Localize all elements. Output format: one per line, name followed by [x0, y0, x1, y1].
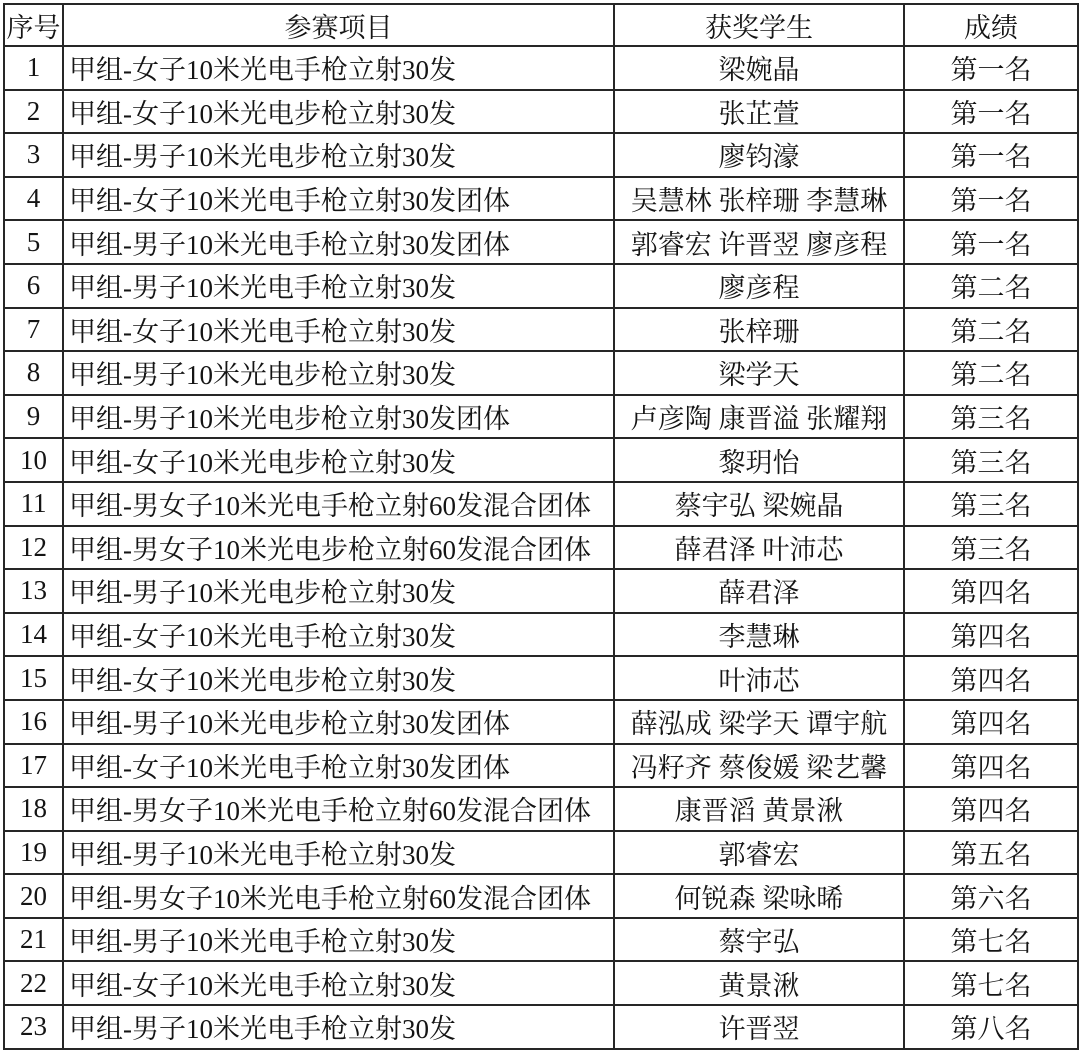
table-row: 13甲组-男子10米光电步枪立射30发薛君泽第四名 [4, 569, 1078, 613]
cell-event: 甲组-女子10米光电手枪立射30发 [63, 308, 614, 352]
awards-table: 序号 参赛项目 获奖学生 成绩 1甲组-女子10米光电手枪立射30发梁婉晶第一名… [3, 3, 1079, 1050]
table-row: 23甲组-男子10米光电手枪立射30发许晋翌第八名 [4, 1005, 1078, 1049]
cell-no: 6 [4, 264, 63, 308]
table-row: 14甲组-女子10米光电手枪立射30发李慧琳第四名 [4, 613, 1078, 657]
cell-event: 甲组-女子10米光电手枪立射30发 [63, 613, 614, 657]
cell-no: 15 [4, 656, 63, 700]
cell-students: 廖钧濠 [614, 133, 904, 177]
cell-students: 张芷萱 [614, 90, 904, 134]
table-row: 17甲组-女子10米光电手枪立射30发团体冯籽齐 蔡俊媛 梁艺馨第四名 [4, 744, 1078, 788]
cell-rank: 第三名 [904, 395, 1078, 439]
cell-event: 甲组-男子10米光电手枪立射30发 [63, 831, 614, 875]
cell-event: 甲组-女子10米光电手枪立射30发 [63, 961, 614, 1005]
cell-rank: 第三名 [904, 482, 1078, 526]
cell-no: 9 [4, 395, 63, 439]
table-row: 9甲组-男子10米光电步枪立射30发团体卢彦陶 康晋溢 张耀翔第三名 [4, 395, 1078, 439]
cell-no: 18 [4, 787, 63, 831]
cell-rank: 第七名 [904, 918, 1078, 962]
cell-rank: 第四名 [904, 569, 1078, 613]
header-row: 序号 参赛项目 获奖学生 成绩 [4, 4, 1078, 46]
table-row: 5甲组-男子10米光电手枪立射30发团体郭睿宏 许晋翌 廖彦程第一名 [4, 220, 1078, 264]
table-row: 11甲组-男女子10米光电手枪立射60发混合团体蔡宇弘 梁婉晶第三名 [4, 482, 1078, 526]
cell-students: 薛君泽 叶沛芯 [614, 526, 904, 570]
cell-rank: 第五名 [904, 831, 1078, 875]
cell-event: 甲组-女子10米光电手枪立射30发团体 [63, 177, 614, 221]
cell-rank: 第二名 [904, 264, 1078, 308]
cell-rank: 第二名 [904, 308, 1078, 352]
cell-students: 梁婉晶 [614, 46, 904, 90]
cell-no: 3 [4, 133, 63, 177]
column-header-students: 获奖学生 [614, 4, 904, 46]
cell-students: 卢彦陶 康晋溢 张耀翔 [614, 395, 904, 439]
cell-event: 甲组-男女子10米光电步枪立射60发混合团体 [63, 526, 614, 570]
cell-no: 4 [4, 177, 63, 221]
cell-rank: 第一名 [904, 220, 1078, 264]
cell-students: 李慧琳 [614, 613, 904, 657]
cell-no: 16 [4, 700, 63, 744]
cell-rank: 第三名 [904, 438, 1078, 482]
cell-students: 叶沛芯 [614, 656, 904, 700]
cell-no: 7 [4, 308, 63, 352]
cell-students: 吴慧林 张梓珊 李慧琳 [614, 177, 904, 221]
cell-students: 蔡宇弘 梁婉晶 [614, 482, 904, 526]
cell-no: 14 [4, 613, 63, 657]
column-header-no: 序号 [4, 4, 63, 46]
cell-students: 梁学天 [614, 351, 904, 395]
table-row: 6甲组-男子10米光电手枪立射30发廖彦程第二名 [4, 264, 1078, 308]
cell-students: 康晋滔 黄景湫 [614, 787, 904, 831]
cell-rank: 第七名 [904, 961, 1078, 1005]
cell-event: 甲组-男女子10米光电手枪立射60发混合团体 [63, 787, 614, 831]
cell-no: 20 [4, 874, 63, 918]
cell-students: 何锐森 梁咏晞 [614, 874, 904, 918]
cell-event: 甲组-女子10米光电步枪立射30发 [63, 656, 614, 700]
cell-students: 张梓珊 [614, 308, 904, 352]
cell-event: 甲组-男子10米光电步枪立射30发团体 [63, 700, 614, 744]
cell-event: 甲组-女子10米光电手枪立射30发 [63, 46, 614, 90]
table-row: 12甲组-男女子10米光电步枪立射60发混合团体薛君泽 叶沛芯第三名 [4, 526, 1078, 570]
cell-no: 12 [4, 526, 63, 570]
awards-table-body: 1甲组-女子10米光电手枪立射30发梁婉晶第一名2甲组-女子10米光电步枪立射3… [4, 46, 1078, 1049]
cell-no: 11 [4, 482, 63, 526]
cell-event: 甲组-男子10米光电步枪立射30发团体 [63, 395, 614, 439]
cell-rank: 第四名 [904, 700, 1078, 744]
cell-event: 甲组-男子10米光电手枪立射30发团体 [63, 220, 614, 264]
table-row: 15甲组-女子10米光电步枪立射30发叶沛芯第四名 [4, 656, 1078, 700]
column-header-rank: 成绩 [904, 4, 1078, 46]
cell-students: 冯籽齐 蔡俊媛 梁艺馨 [614, 744, 904, 788]
cell-event: 甲组-男女子10米光电手枪立射60发混合团体 [63, 874, 614, 918]
cell-event: 甲组-女子10米光电手枪立射30发团体 [63, 744, 614, 788]
cell-students: 廖彦程 [614, 264, 904, 308]
cell-students: 郭睿宏 [614, 831, 904, 875]
cell-rank: 第四名 [904, 744, 1078, 788]
cell-students: 薛泓成 梁学天 谭宇航 [614, 700, 904, 744]
cell-no: 22 [4, 961, 63, 1005]
table-row: 22甲组-女子10米光电手枪立射30发黄景湫第七名 [4, 961, 1078, 1005]
cell-event: 甲组-女子10米光电步枪立射30发 [63, 438, 614, 482]
table-row: 21甲组-男子10米光电手枪立射30发蔡宇弘第七名 [4, 918, 1078, 962]
table-row: 3甲组-男子10米光电步枪立射30发廖钧濠第一名 [4, 133, 1078, 177]
table-row: 1甲组-女子10米光电手枪立射30发梁婉晶第一名 [4, 46, 1078, 90]
cell-no: 23 [4, 1005, 63, 1049]
cell-students: 郭睿宏 许晋翌 廖彦程 [614, 220, 904, 264]
cell-rank: 第八名 [904, 1005, 1078, 1049]
table-row: 16甲组-男子10米光电步枪立射30发团体薛泓成 梁学天 谭宇航第四名 [4, 700, 1078, 744]
cell-event: 甲组-男子10米光电手枪立射30发 [63, 1005, 614, 1049]
table-row: 18甲组-男女子10米光电手枪立射60发混合团体康晋滔 黄景湫第四名 [4, 787, 1078, 831]
cell-no: 19 [4, 831, 63, 875]
cell-students: 薛君泽 [614, 569, 904, 613]
cell-rank: 第三名 [904, 526, 1078, 570]
cell-event: 甲组-女子10米光电步枪立射30发 [63, 90, 614, 134]
document-page: 序号 参赛项目 获奖学生 成绩 1甲组-女子10米光电手枪立射30发梁婉晶第一名… [0, 0, 1080, 1055]
cell-students: 许晋翌 [614, 1005, 904, 1049]
cell-rank: 第一名 [904, 177, 1078, 221]
cell-rank: 第一名 [904, 90, 1078, 134]
cell-event: 甲组-男子10米光电手枪立射30发 [63, 918, 614, 962]
cell-event: 甲组-男子10米光电步枪立射30发 [63, 351, 614, 395]
cell-no: 2 [4, 90, 63, 134]
cell-students: 黄景湫 [614, 961, 904, 1005]
cell-event: 甲组-男子10米光电步枪立射30发 [63, 569, 614, 613]
table-row: 2甲组-女子10米光电步枪立射30发张芷萱第一名 [4, 90, 1078, 134]
cell-students: 蔡宇弘 [614, 918, 904, 962]
table-row: 19甲组-男子10米光电手枪立射30发郭睿宏第五名 [4, 831, 1078, 875]
cell-rank: 第一名 [904, 133, 1078, 177]
cell-event: 甲组-男子10米光电手枪立射30发 [63, 264, 614, 308]
cell-no: 13 [4, 569, 63, 613]
cell-students: 黎玥怡 [614, 438, 904, 482]
cell-no: 10 [4, 438, 63, 482]
table-row: 8甲组-男子10米光电步枪立射30发梁学天第二名 [4, 351, 1078, 395]
cell-rank: 第二名 [904, 351, 1078, 395]
cell-rank: 第四名 [904, 787, 1078, 831]
cell-rank: 第六名 [904, 874, 1078, 918]
table-row: 20甲组-男女子10米光电手枪立射60发混合团体何锐森 梁咏晞第六名 [4, 874, 1078, 918]
cell-no: 17 [4, 744, 63, 788]
cell-no: 8 [4, 351, 63, 395]
table-row: 4甲组-女子10米光电手枪立射30发团体吴慧林 张梓珊 李慧琳第一名 [4, 177, 1078, 221]
cell-event: 甲组-男女子10米光电手枪立射60发混合团体 [63, 482, 614, 526]
cell-no: 5 [4, 220, 63, 264]
table-row: 10甲组-女子10米光电步枪立射30发黎玥怡第三名 [4, 438, 1078, 482]
cell-rank: 第四名 [904, 613, 1078, 657]
cell-rank: 第一名 [904, 46, 1078, 90]
table-row: 7甲组-女子10米光电手枪立射30发张梓珊第二名 [4, 308, 1078, 352]
column-header-event: 参赛项目 [63, 4, 614, 46]
cell-no: 1 [4, 46, 63, 90]
cell-no: 21 [4, 918, 63, 962]
awards-table-header: 序号 参赛项目 获奖学生 成绩 [4, 4, 1078, 46]
cell-event: 甲组-男子10米光电步枪立射30发 [63, 133, 614, 177]
cell-rank: 第四名 [904, 656, 1078, 700]
